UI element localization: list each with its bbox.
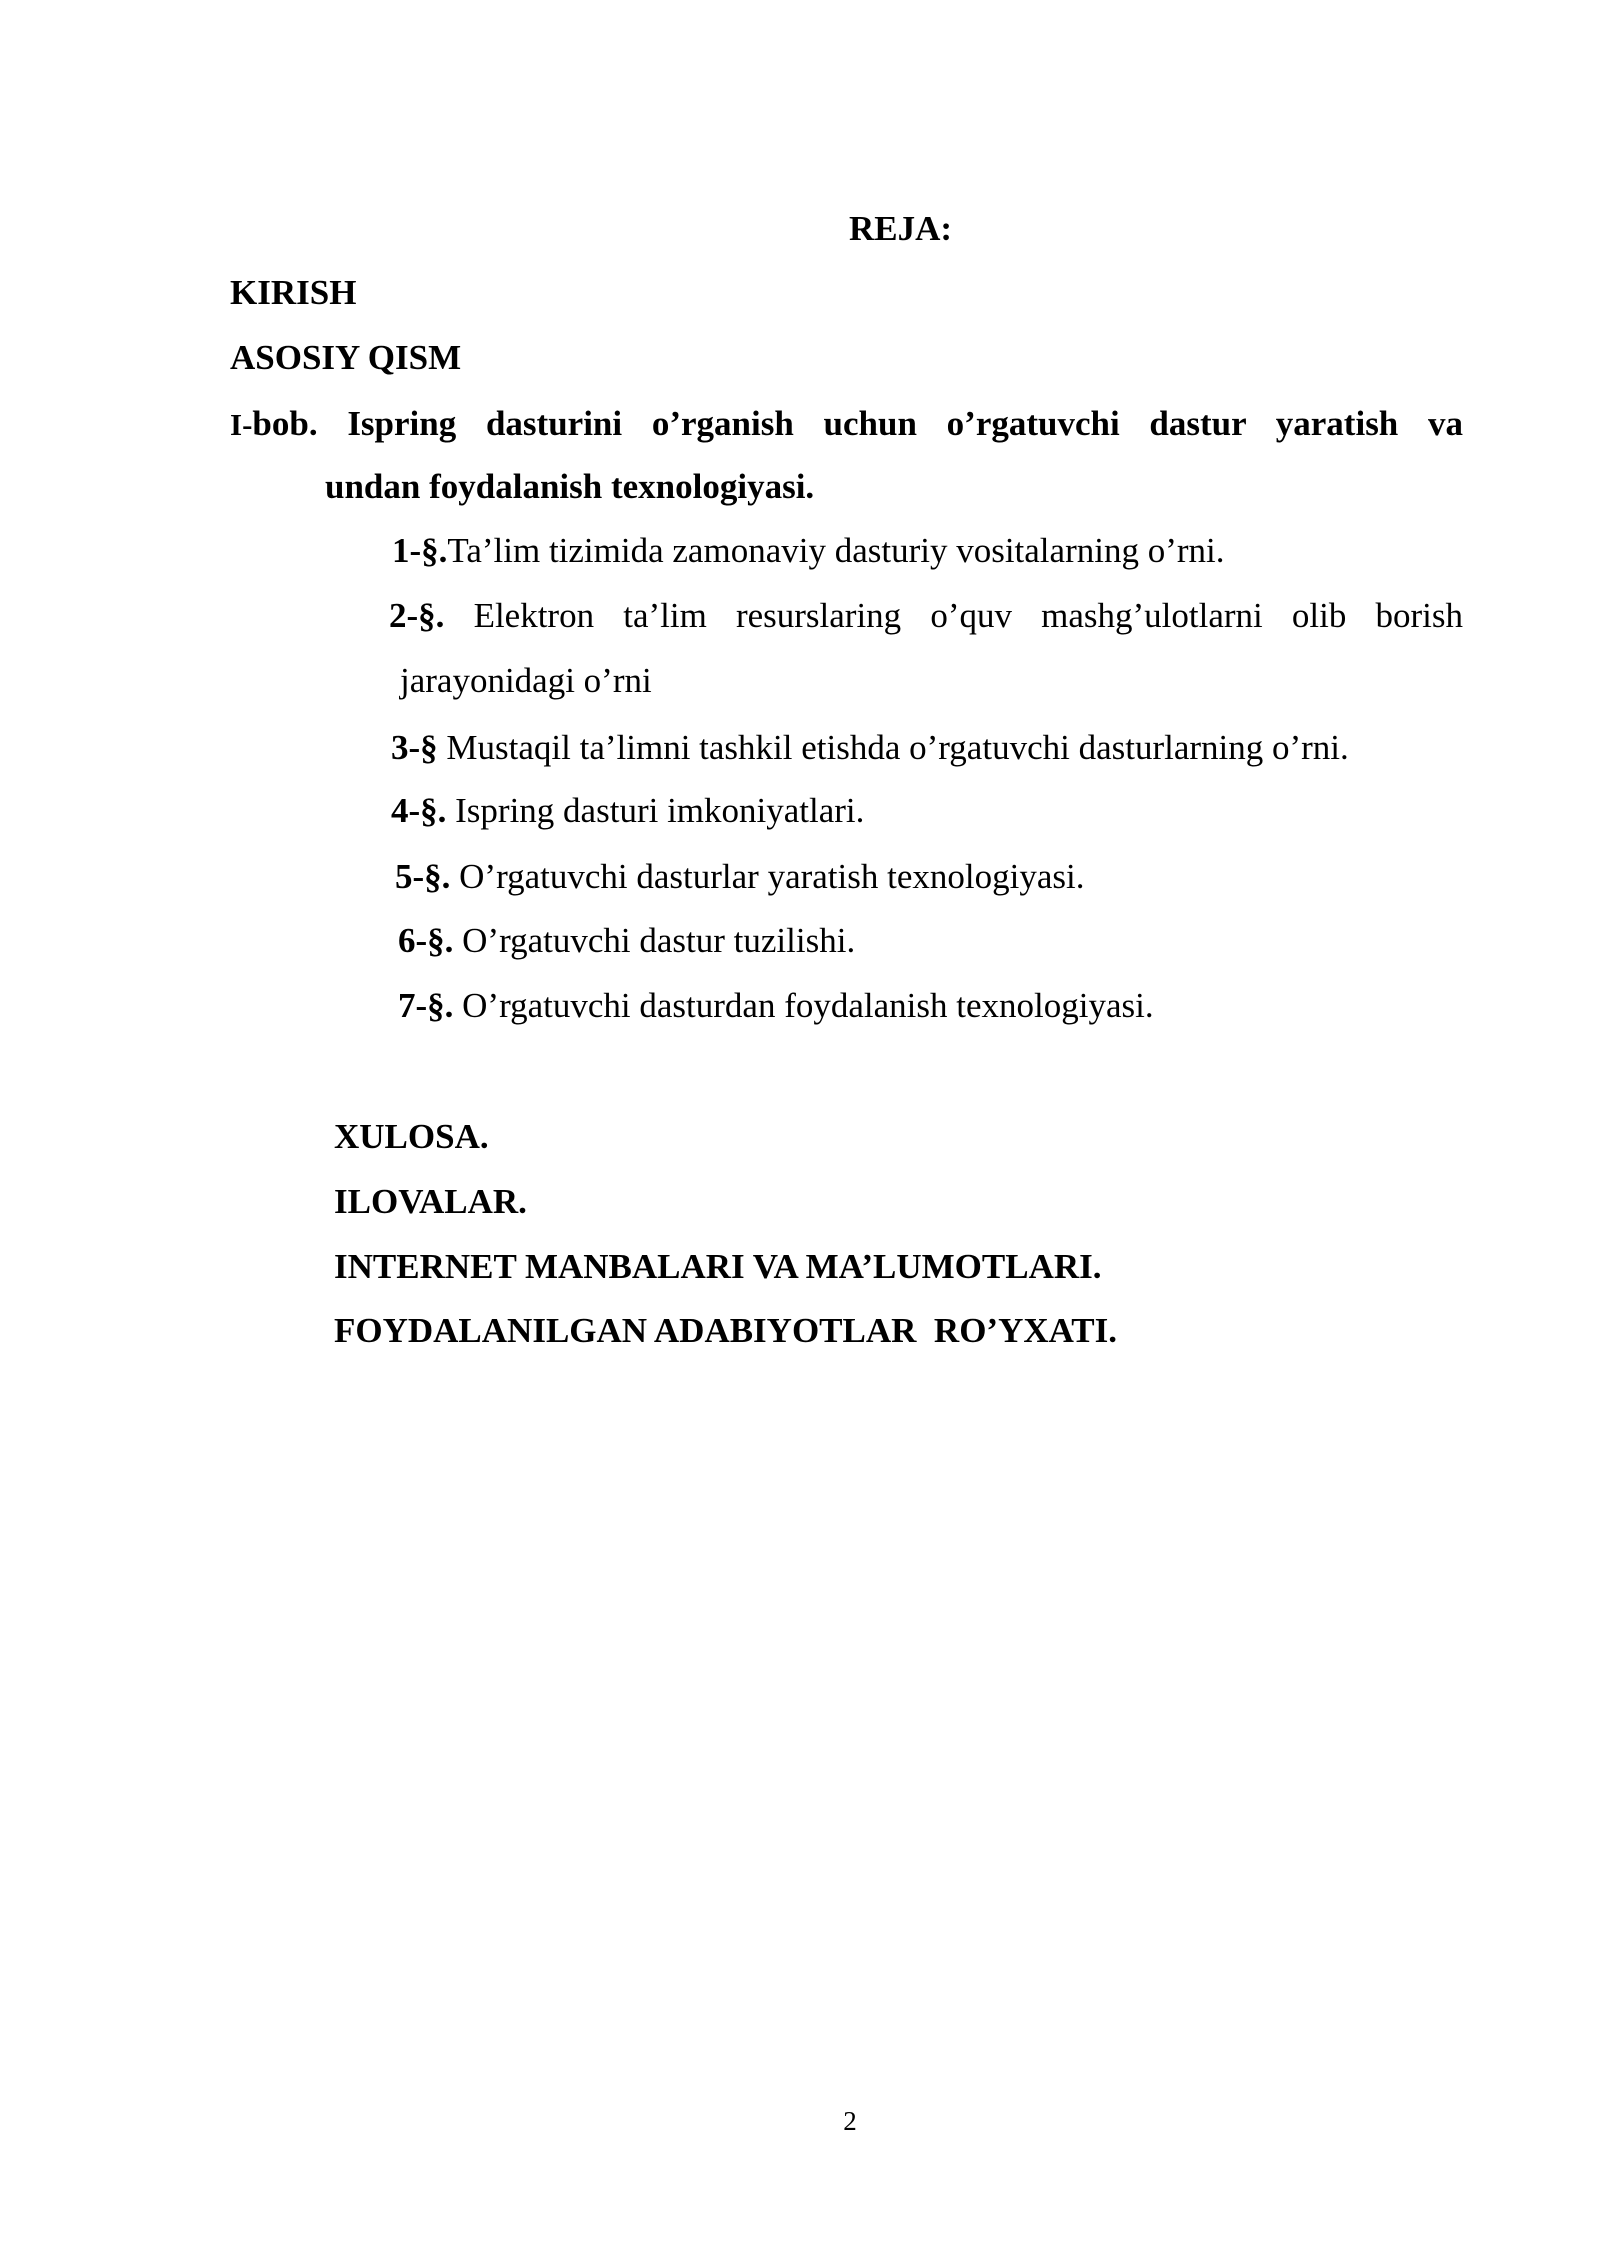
section-text: O’rgatuvchi dasturlar yaratish texnologi… bbox=[459, 857, 1084, 896]
heading-bibliography: FOYDALANILGAN ADABIYOTLAR RO’YXATI. bbox=[334, 1309, 1117, 1353]
chapter-title-line2: undan foydalanish texnologiyasi. bbox=[325, 465, 814, 509]
section-item: 6-§. O’rgatuvchi dastur tuzilishi. bbox=[398, 919, 855, 963]
section-number: 6-§. bbox=[398, 921, 453, 960]
heading-internet-sources: INTERNET MANBALARI VA MA’LUMOTLARI. bbox=[334, 1245, 1102, 1289]
chapter-label: bob. bbox=[252, 404, 317, 443]
heading-main-part: ASOSIY QISM bbox=[230, 336, 461, 380]
section-text: O’rgatuvchi dasturdan foydalanish texnol… bbox=[462, 986, 1153, 1025]
section-item: 3-§ Mustaqil ta’limni tashkil etishda o’… bbox=[391, 726, 1349, 770]
section-text: Ta’lim tizimida zamonaviy dasturiy vosit… bbox=[447, 531, 1224, 570]
heading-intro: KIRISH bbox=[230, 271, 356, 315]
section-continuation: jarayonidagi o’rni bbox=[400, 659, 652, 703]
section-number: 4-§. bbox=[391, 791, 446, 830]
section-text: Ispring dasturi imkoniyatlari. bbox=[455, 791, 864, 830]
chapter-title-line1: Ispring dasturini o’rganish uchun o’rgat… bbox=[347, 404, 1463, 443]
page-title: REJA: bbox=[849, 207, 952, 251]
heading-appendices: ILOVALAR. bbox=[334, 1180, 527, 1224]
section-item: 5-§. O’rgatuvchi dasturlar yaratish texn… bbox=[395, 855, 1084, 899]
chapter-numeral: I- bbox=[230, 407, 252, 442]
page-number: 2 bbox=[840, 2106, 860, 2136]
section-item: 1-§.Ta’lim tizimida zamonaviy dasturiy v… bbox=[392, 529, 1224, 573]
section-item: 4-§. Ispring dasturi imkoniyatlari. bbox=[391, 789, 864, 833]
section-number: 7-§. bbox=[398, 986, 453, 1025]
chapter-heading: I-bob. Ispring dasturini o’rganish uchun… bbox=[230, 402, 1463, 447]
section-item: 7-§. O’rgatuvchi dasturdan foydalanish t… bbox=[398, 984, 1154, 1028]
section-text: Mustaqil ta’limni tashkil etishda o’rgat… bbox=[446, 728, 1348, 767]
section-text: O’rgatuvchi dastur tuzilishi. bbox=[462, 921, 855, 960]
section-text: Elektron ta’lim resurslaring o’quv mashg… bbox=[474, 596, 1463, 635]
section-number: 1-§. bbox=[392, 531, 447, 570]
section-item: 2-§. Elektron ta’lim resurslaring o’quv … bbox=[389, 594, 1463, 638]
section-number: 2-§. bbox=[389, 596, 444, 635]
heading-conclusion: XULOSA. bbox=[334, 1115, 489, 1159]
section-number: 5-§. bbox=[395, 857, 450, 896]
document-page: REJA: KIRISH ASOSIY QISM I-bob. Ispring … bbox=[0, 0, 1600, 2262]
section-number: 3-§ bbox=[391, 728, 438, 767]
